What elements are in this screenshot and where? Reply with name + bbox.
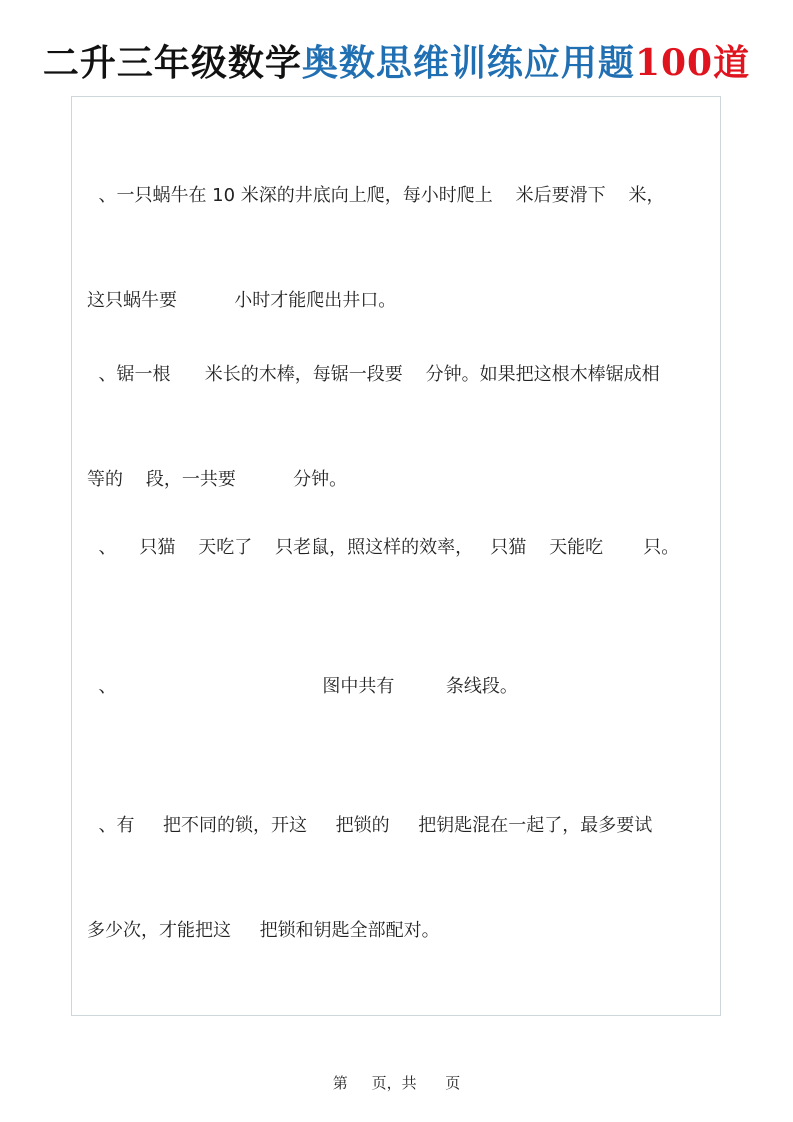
question-1-line-1: 、一只蜗牛在 10 米深的井底向上爬，每小时爬上 米后要滑下 米， — [87, 178, 722, 213]
question-3-line-1: 、 只猫 天吃了 只老鼠，照这样的效率， 只猫 天能吃 只。 — [87, 530, 722, 565]
title-grade: 二升三年级数学 — [43, 42, 302, 84]
question-5-line-2: 多少次，才能把这 把锁和钥匙全部配对。 — [87, 913, 722, 948]
question-4: 、 图中共有 条线段。 — [87, 599, 722, 739]
page-number: 第 页，共 页 — [0, 1072, 793, 1093]
question-5: 、有 把不同的锁，开这 把锁的 把钥匙混在一起了，最多要试 多少次，才能把这 把… — [87, 738, 722, 983]
question-3: 、 只猫 天吃了 只老鼠，照这样的效率， 只猫 天能吃 只。 — [87, 460, 722, 600]
question-5-line-1: 、有 把不同的锁，开这 把锁的 把钥匙混在一起了，最多要试 — [87, 808, 722, 843]
question-4-line-1: 、 图中共有 条线段。 — [87, 669, 722, 704]
title-count: 100道 — [635, 42, 750, 84]
title-topic: 奥数思维训练应用题 — [302, 42, 635, 84]
page-title: 二升三年级数学奥数思维训练应用题100道 — [0, 38, 793, 88]
question-2-line-1: 、锯一根 米长的木棒，每锯一段要 分钟。如果把这根木棒锯成相 — [87, 357, 722, 392]
